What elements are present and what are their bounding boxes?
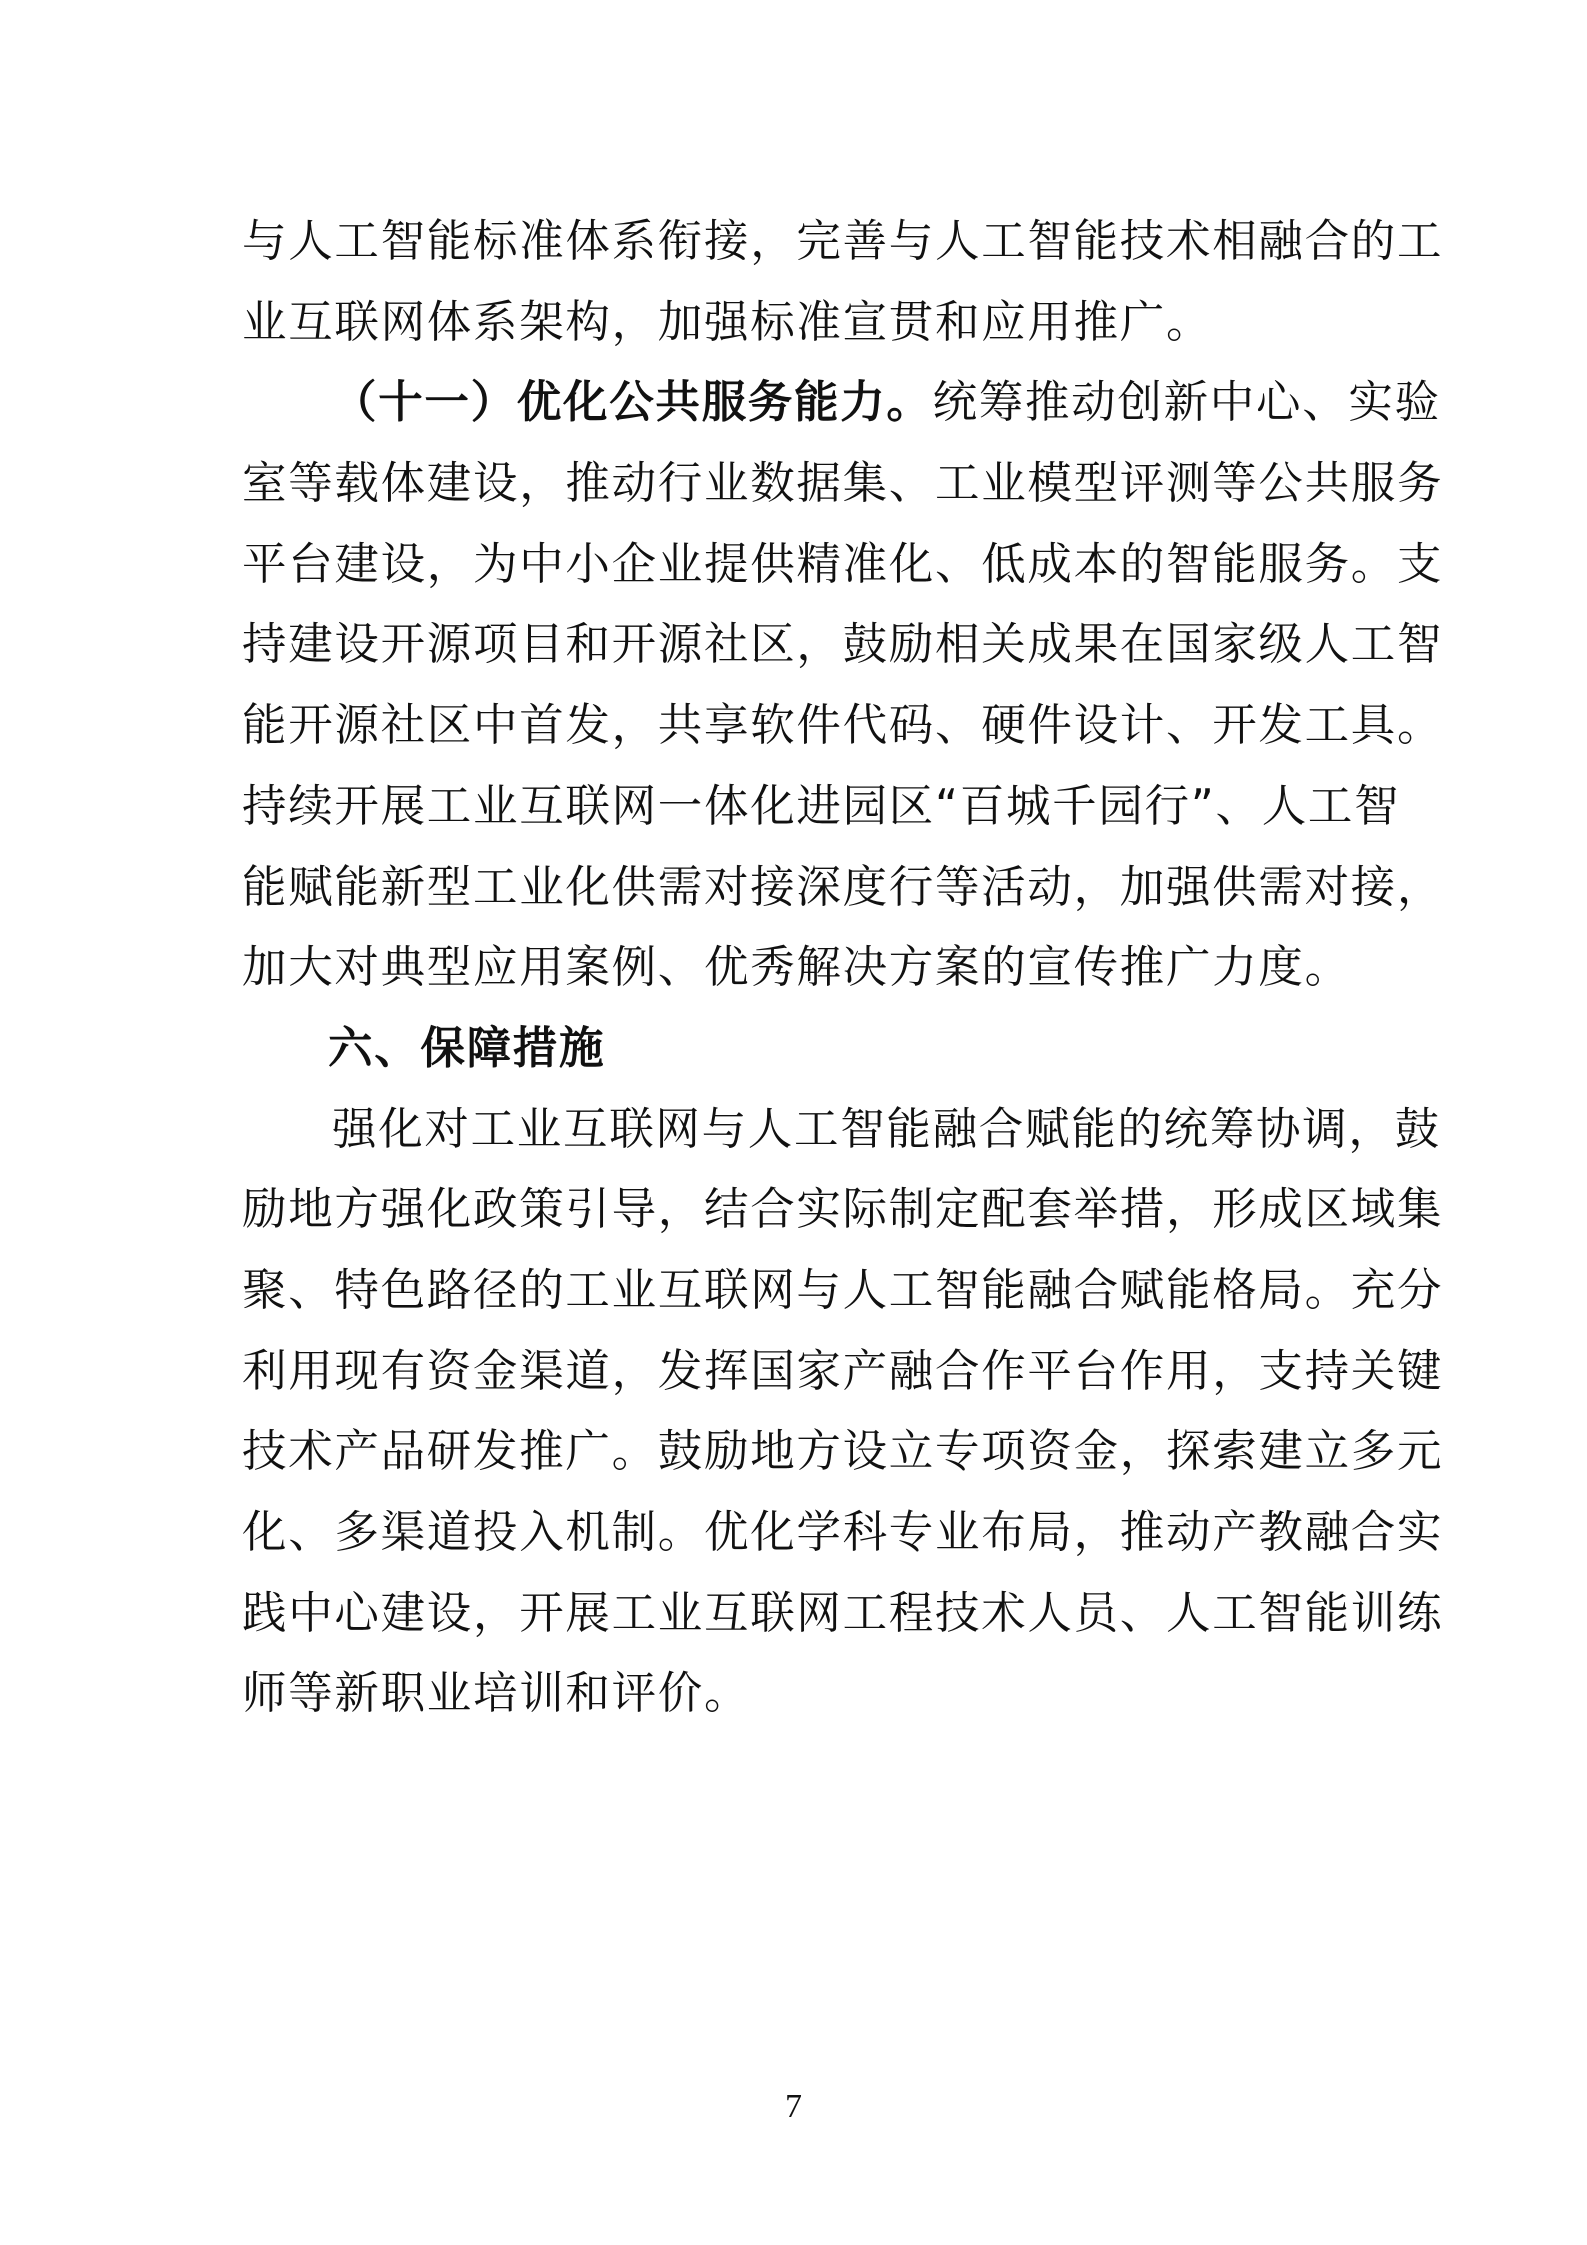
text-line: 利用现有资金渠道，发挥国家产融合作平台作用，支持关键 xyxy=(242,1332,1354,1413)
text-span: 统筹推动创新中心、实验 xyxy=(933,377,1441,428)
text-line: 平台建设，为中小企业提供精准化、低成本的智能服务。支 xyxy=(242,525,1354,606)
text-line: 加大对典型应用案例、优秀解决方案的宣传推广力度。 xyxy=(242,928,1354,1009)
text-line: 持续开展工业互联网一体化进园区“百城千园行”、人工智 xyxy=(242,767,1354,848)
text-line: 室等载体建设，推动行业数据集、工业模型评测等公共服务 xyxy=(242,444,1354,525)
text-line: 技术产品研发推广。鼓励地方设立专项资金，探索建立多元 xyxy=(242,1412,1354,1493)
text-line: 能赋能新型工业化供需对接深度行等活动，加强供需对接， xyxy=(242,848,1354,929)
text-line: 励地方强化政策引导，结合实际制定配套举措，形成区域集 xyxy=(242,1170,1354,1251)
text-line: 业互联网体系架构，加强标准宣贯和应用推广。 xyxy=(242,283,1354,364)
page-number: 7 xyxy=(0,2088,1587,2126)
text-line: 持建设开源项目和开源社区，鼓励相关成果在国家级人工智 xyxy=(242,605,1354,686)
document-body: 与人工智能标准体系衔接，完善与人工智能技术相融合的工 业互联网体系架构，加强标准… xyxy=(242,202,1354,1735)
section-lead-heading: （十一）优化公共服务能力。 xyxy=(332,377,933,428)
text-line: 践中心建设，开展工业互联网工程技术人员、人工智能训练 xyxy=(242,1574,1354,1655)
paragraph-first-line: 强化对工业互联网与人工智能融合赋能的统筹协调，鼓 xyxy=(242,1090,1354,1171)
section-heading: 六、保障措施 xyxy=(242,1009,1354,1090)
text-line: 化、多渠道投入机制。优化学科专业布局，推动产教融合实 xyxy=(242,1493,1354,1574)
text-line: 与人工智能标准体系衔接，完善与人工智能技术相融合的工 xyxy=(242,202,1354,283)
paragraph-first-line: （十一）优化公共服务能力。统筹推动创新中心、实验 xyxy=(242,363,1354,444)
text-line: 聚、特色路径的工业互联网与人工智能融合赋能格局。充分 xyxy=(242,1251,1354,1332)
text-line: 能开源社区中首发，共享软件代码、硬件设计、开发工具。 xyxy=(242,686,1354,767)
document-page: 与人工智能标准体系衔接，完善与人工智能技术相融合的工 业互联网体系架构，加强标准… xyxy=(0,0,1587,2245)
text-line: 师等新职业培训和评价。 xyxy=(242,1654,1354,1735)
